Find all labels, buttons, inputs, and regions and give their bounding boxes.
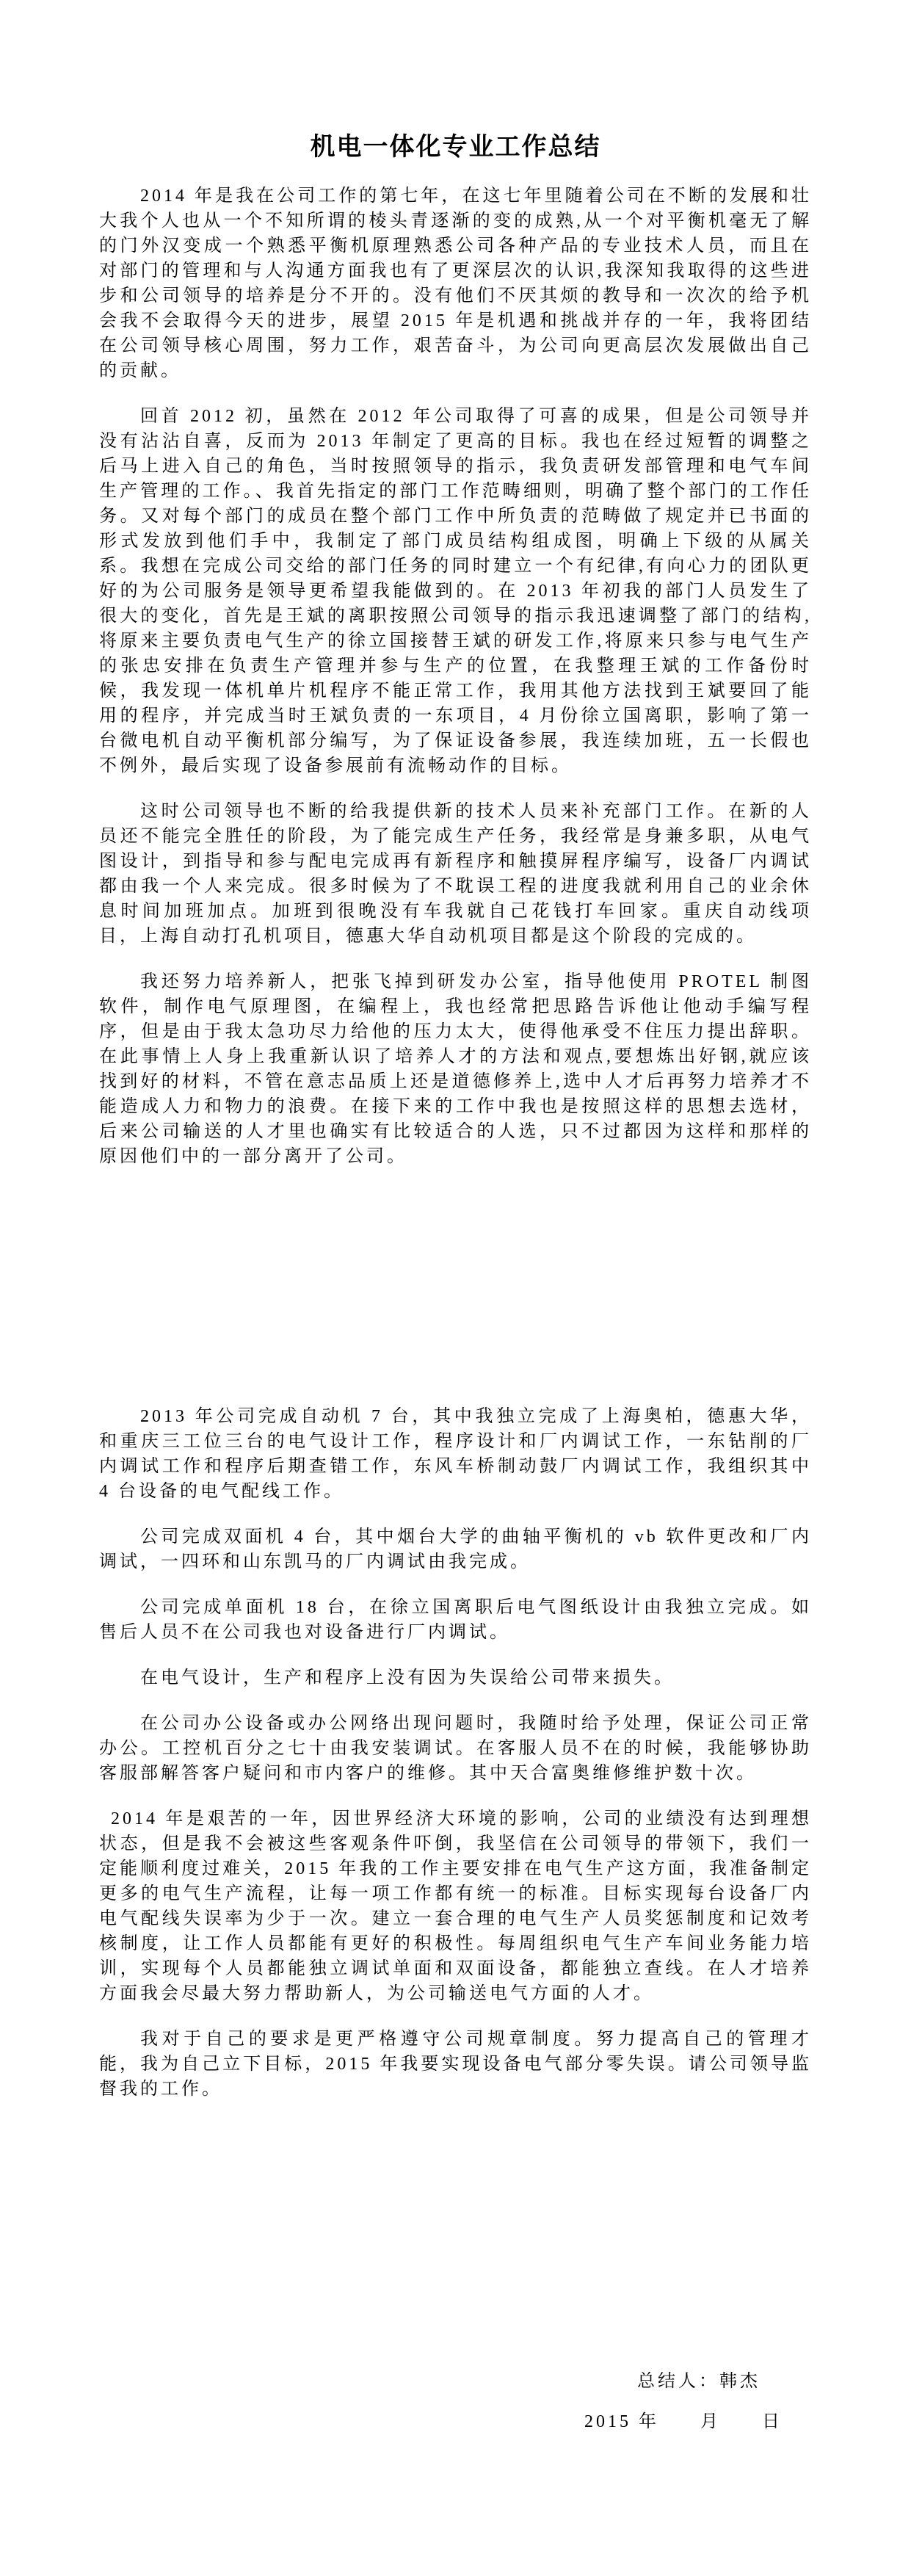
signature-person: 总结人：韩杰: [99, 2366, 761, 2392]
paragraph: 我还努力培养新人，把张飞掉到研发办公室，指导他使用 PROTEL 制图软件，制作…: [99, 969, 812, 1169]
paragraph: 2013 年公司完成自动机 7 台，其中我独立完成了上海奥柏，德惠大华，和重庆三…: [99, 1404, 812, 1504]
paragraph: 回首 2012 初，虽然在 2012 年公司取得了可喜的成果，但是公司领导并没有…: [99, 404, 812, 778]
document-title: 机电一体化专业工作总结: [99, 131, 812, 163]
signature-date: 2015 年 月 日: [99, 2406, 783, 2432]
document-body: 2014 年是我在公司工作的第七年，在这七年里随着公司在不断的发展和壮大我个人也…: [99, 184, 812, 2102]
paragraph: 这时公司领导也不断的给我提供新的技术人员来补充部门工作。在新的人员还不能完全胜任…: [99, 799, 812, 949]
document-page: 机电一体化专业工作总结 2014 年是我在公司工作的第七年，在这七年里随着公司在…: [0, 0, 911, 2576]
paragraph: 公司完成双面机 4 台，其中烟台大学的曲轴平衡机的 vb 软件更改和厂内调试，一…: [99, 1524, 812, 1574]
signature-block: 总结人：韩杰 2015 年 月 日: [99, 2366, 812, 2432]
paragraph: 公司完成单面机 18 台，在徐立国离职后电气图纸设计由我独立完成。如售后人员不在…: [99, 1595, 812, 1645]
paragraph: 在电气设计，生产和程序上没有因为失误给公司带来损失。: [99, 1665, 812, 1690]
paragraph: 2014 年是我在公司工作的第七年，在这七年里随着公司在不断的发展和壮大我个人也…: [99, 184, 812, 383]
paragraph: 我对于自己的要求是更严格遵守公司规章制度。努力提高自己的管理才能，我为自己立下目…: [99, 2027, 812, 2102]
paragraph: 在公司办公设备或办公网络出现问题时，我随时给予处理，保证公司正常办公。工控机百分…: [99, 1711, 812, 1786]
paragraph: 2014 年是艰苦的一年，因世界经济大环境的影响，公司的业绩没有达到理想状态，但…: [99, 1806, 812, 2006]
